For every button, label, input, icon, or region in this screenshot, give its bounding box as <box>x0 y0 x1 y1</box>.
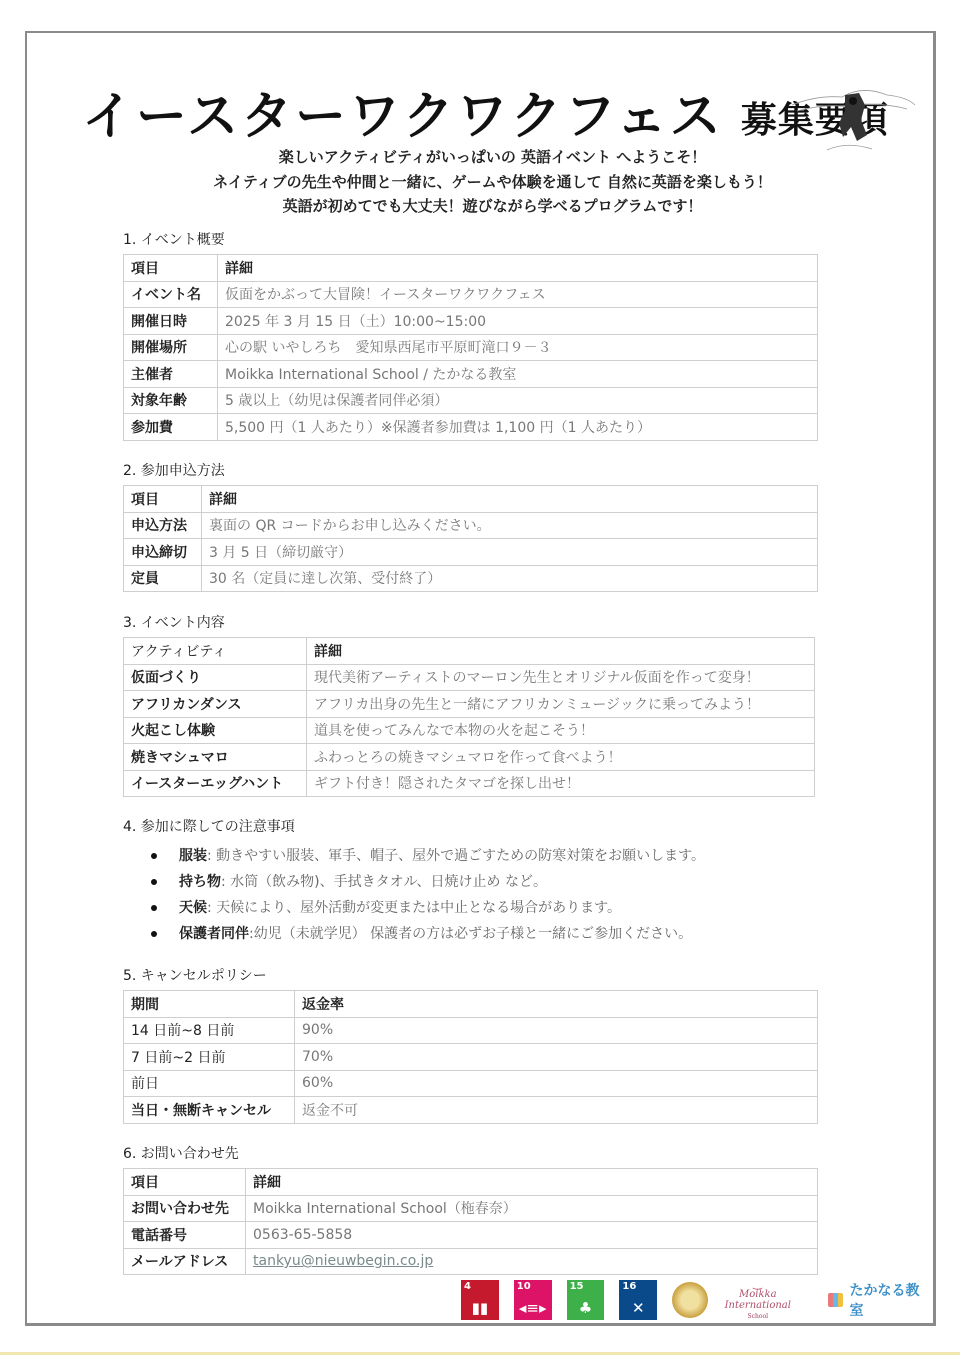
sdg-glyph: ▮▮ <box>461 1299 499 1317</box>
section-activities: 3. イベント内容 アクティビティ 詳細 仮面づくり現代美術アーティストのマーロ… <box>123 613 815 797</box>
row-value: 60% <box>295 1070 818 1097</box>
notes-list: 服装: 動きやすい服装、軍手、帽子、屋外で過ごすための防寒対策をお願いします。 … <box>123 843 705 947</box>
row-value: 仮面をかぶって大冒険！イースターワクワクフェス <box>218 281 818 308</box>
sdg-16-dove-icon: 16✕ <box>619 1280 657 1320</box>
intro-line: 楽しいアクティビティがいっぱいの 英語イベント へようこそ！ <box>27 145 938 170</box>
row-value: 2025 年 3 月 15 日（土）10:00~15:00 <box>218 308 818 335</box>
title-main: イースターワクワクフェス <box>82 87 724 147</box>
section-title: 5. キャンセルポリシー <box>123 966 818 986</box>
bullet-icon <box>151 905 157 911</box>
header-cell: 詳細 <box>307 638 815 665</box>
section-title: 2. 参加申込方法 <box>123 461 818 481</box>
row-value: アフリカ出身の先生と一緒にアフリカンミュージックに乗ってみよう！ <box>307 691 815 718</box>
row-key: イベント名 <box>124 281 218 308</box>
note-label: 天候 <box>179 895 207 921</box>
section-title: 1. イベント概要 <box>123 230 818 250</box>
cancel-policy-table: 期間 返金率 14 日前~8 日前90% 7 日前~2 日前70% 前日60% … <box>123 990 818 1124</box>
row-value: 返金不可 <box>295 1097 818 1124</box>
building-blocks-icon <box>828 1293 844 1307</box>
moikka-logo-school: School <box>718 1311 798 1322</box>
table-row: 主催者Moikka International School / たかなる教室 <box>124 361 818 388</box>
section-overview: 1. イベント概要 項目 詳細 イベント名仮面をかぶって大冒険！イースターワクワ… <box>123 230 818 441</box>
sdg-glyph: ✕ <box>619 1299 657 1317</box>
section-title: 3. イベント内容 <box>123 613 815 633</box>
table-row: アフリカンダンスアフリカ出身の先生と一緒にアフリカンミュージックに乗ってみよう！ <box>124 691 815 718</box>
table-header-row: 期間 返金率 <box>124 991 818 1018</box>
activities-table: アクティビティ 詳細 仮面づくり現代美術アーティストのマーロン先生とオリジナル仮… <box>123 637 815 797</box>
row-key: 対象年齢 <box>124 387 218 414</box>
table-row: 当日・無断キャンセル返金不可 <box>124 1097 818 1124</box>
gold-medal-emblem-icon <box>672 1282 708 1318</box>
row-key: 定員 <box>124 565 202 592</box>
table-row: 対象年齢5 歳以上（幼児は保護者同伴必須） <box>124 387 818 414</box>
list-item: 持ち物: 水筒（飲み物)、手拭きタオル、日焼け止め など。 <box>151 869 705 895</box>
section-application: 2. 参加申込方法 項目 詳細 申込方法裏面の QR コードからお申し込みくださ… <box>123 461 818 592</box>
header-cell: 項目 <box>124 486 202 513</box>
table-row: お問い合わせ先Moikka International School（柂春奈） <box>124 1195 818 1222</box>
sdg-number: 15 <box>570 1281 584 1292</box>
table-header-row: 項目 詳細 <box>124 255 818 282</box>
intro-text: 楽しいアクティビティがいっぱいの 英語イベント へようこそ！ ネイティブの先生や… <box>27 145 938 219</box>
sdg-glyph: ♣ <box>567 1299 605 1317</box>
bullet-icon <box>151 853 157 859</box>
document-page: イースターワクワクフェス 募集要項 楽しいアクティビティがいっぱいの 英語イベン… <box>25 31 936 1326</box>
header-cell: 項目 <box>124 1169 246 1196</box>
row-key: 申込方法 <box>124 512 202 539</box>
table-row: 焼きマシュマロふわっとろの焼きマシュマロを作って食べよう！ <box>124 744 815 771</box>
section-title: 6. お問い合わせ先 <box>123 1144 818 1164</box>
table-row: 開催場所心の駅 いやしろち 愛知県西尾市平原町滝口９－３ <box>124 334 818 361</box>
bullet-icon <box>151 931 157 937</box>
table-row: 前日60% <box>124 1070 818 1097</box>
sdg-number: 10 <box>517 1281 531 1292</box>
row-key: 参加費 <box>124 414 218 441</box>
row-key: 前日 <box>124 1070 295 1097</box>
row-key: 火起こし体験 <box>124 717 307 744</box>
table-row: メールアドレスtankyu@nieuwbegin.co.jp <box>124 1248 818 1275</box>
intro-line: 英語が初めてでも大丈夫！遊びながら学べるプログラムです！ <box>27 194 938 219</box>
row-key: 申込締切 <box>124 539 202 566</box>
takanaru-logo-text: たかなる教室 <box>849 1280 933 1320</box>
row-key: メールアドレス <box>124 1248 246 1275</box>
header-cell: アクティビティ <box>124 638 307 665</box>
list-item: 天候: 天候により、屋外活動が変更または中止となる場合があります。 <box>151 895 705 921</box>
table-row: 14 日前~8 日前90% <box>124 1017 818 1044</box>
footer-logos: 4▮▮ 10◂≡▸ 15♣ 16✕ ‿ Moikka International… <box>461 1279 933 1321</box>
moikka-logo-text: Moikka International <box>718 1289 798 1311</box>
row-value: 5 歳以上（幼児は保護者同伴必須） <box>218 387 818 414</box>
table-row: 7 日前~2 日前70% <box>124 1044 818 1071</box>
row-key: 7 日前~2 日前 <box>124 1044 295 1071</box>
list-item: 保護者同伴:幼児（未就学児） 保護者の方は必ずお子様と一緒にご参加ください。 <box>151 921 705 947</box>
row-value: ギフト付き！隠されたタマゴを探し出せ！ <box>307 770 815 797</box>
header-cell: 詳細 <box>218 255 818 282</box>
ink-sketch-illustration-icon <box>787 75 917 155</box>
row-value: 現代美術アーティストのマーロン先生とオリジナル仮面を作って変身！ <box>307 664 815 691</box>
row-value: ふわっとろの焼きマシュマロを作って食べよう！ <box>307 744 815 771</box>
smile-icon: ‿ <box>718 1278 798 1289</box>
row-key: 開催場所 <box>124 334 218 361</box>
sdg-number: 4 <box>464 1281 471 1292</box>
section-title: 4. 参加に際しての注意事項 <box>123 817 705 837</box>
row-value: 道具を使ってみんなで本物の火を起こそう！ <box>307 717 815 744</box>
header-cell: 項目 <box>124 255 218 282</box>
row-value: 90% <box>295 1017 818 1044</box>
row-key: 電話番号 <box>124 1222 246 1249</box>
header-cell: 返金率 <box>295 991 818 1018</box>
table-row: イベント名仮面をかぶって大冒険！イースターワクワクフェス <box>124 281 818 308</box>
row-key: 14 日前~8 日前 <box>124 1017 295 1044</box>
email-link[interactable]: tankyu@nieuwbegin.co.jp <box>253 1253 433 1269</box>
row-value: 心の駅 いやしろち 愛知県西尾市平原町滝口９－３ <box>218 334 818 361</box>
row-value: Moikka International School（柂春奈） <box>246 1195 818 1222</box>
table-row: 申込締切3 月 5 日（締切厳守） <box>124 539 818 566</box>
table-row: 開催日時2025 年 3 月 15 日（土）10:00~15:00 <box>124 308 818 335</box>
row-value: 70% <box>295 1044 818 1071</box>
note-text: : 動きやすい服装、軍手、帽子、屋外で過ごすための防寒対策をお願いします。 <box>207 843 705 869</box>
table-row: 火起こし体験道具を使ってみんなで本物の火を起こそう！ <box>124 717 815 744</box>
sdg-number: 16 <box>622 1281 636 1292</box>
phone-number: 0563-65-5858 <box>246 1222 818 1249</box>
section-cancel-policy: 5. キャンセルポリシー 期間 返金率 14 日前~8 日前90% 7 日前~2… <box>123 966 818 1124</box>
table-row: 参加費5,500 円（1 人あたり）※保護者参加費は 1,100 円（1 人あた… <box>124 414 818 441</box>
sdg-glyph: ◂≡▸ <box>514 1299 552 1317</box>
table-header-row: 項目 詳細 <box>124 486 818 513</box>
row-key: 当日・無断キャンセル <box>124 1097 295 1124</box>
sdg-4-book-icon: 4▮▮ <box>461 1280 499 1320</box>
row-value: Moikka International School / たかなる教室 <box>218 361 818 388</box>
note-label: 保護者同伴 <box>179 921 249 947</box>
note-text: :幼児（未就学児） 保護者の方は必ずお子様と一緒にご参加ください。 <box>249 921 692 947</box>
bottom-edge-line <box>0 1352 960 1355</box>
row-key: 開催日時 <box>124 308 218 335</box>
row-value: 5,500 円（1 人あたり）※保護者参加費は 1,100 円（1 人あたり） <box>218 414 818 441</box>
contact-table: 項目 詳細 お問い合わせ先Moikka International School… <box>123 1168 818 1275</box>
table-header-row: アクティビティ 詳細 <box>124 638 815 665</box>
moikka-logo: ‿ Moikka International School <box>718 1278 798 1322</box>
note-label: 持ち物 <box>179 869 221 895</box>
note-label: 服装 <box>179 843 207 869</box>
table-header-row: 項目 詳細 <box>124 1169 818 1196</box>
row-key: 焼きマシュマロ <box>124 744 307 771</box>
row-key: 主催者 <box>124 361 218 388</box>
header-cell: 期間 <box>124 991 295 1018</box>
page-title: イースターワクワクフェス 募集要項 <box>82 77 889 147</box>
table-row: 定員30 名（定員に達し次第、受付終了） <box>124 565 818 592</box>
row-key: 仮面づくり <box>124 664 307 691</box>
overview-table: 項目 詳細 イベント名仮面をかぶって大冒険！イースターワクワクフェス 開催日時2… <box>123 254 818 441</box>
application-table: 項目 詳細 申込方法裏面の QR コードからお申し込みください。 申込締切3 月… <box>123 485 818 592</box>
table-row: イースターエッグハントギフト付き！隠されたタマゴを探し出せ！ <box>124 770 815 797</box>
intro-line: ネイティブの先生や仲間と一緒に、ゲームや体験を通して 自然に英語を楽しもう！ <box>27 170 938 195</box>
sdg-15-tree-icon: 15♣ <box>567 1280 605 1320</box>
takanaru-logo: たかなる教室 <box>828 1280 933 1320</box>
list-item: 服装: 動きやすい服装、軍手、帽子、屋外で過ごすための防寒対策をお願いします。 <box>151 843 705 869</box>
header-cell: 詳細 <box>246 1169 818 1196</box>
row-value: 30 名（定員に達し次第、受付終了） <box>202 565 818 592</box>
row-value: 裏面の QR コードからお申し込みください。 <box>202 512 818 539</box>
section-notes: 4. 参加に際しての注意事項 服装: 動きやすい服装、軍手、帽子、屋外で過ごすた… <box>123 817 705 947</box>
table-row: 電話番号0563-65-5858 <box>124 1222 818 1249</box>
table-row: 仮面づくり現代美術アーティストのマーロン先生とオリジナル仮面を作って変身！ <box>124 664 815 691</box>
row-key: アフリカンダンス <box>124 691 307 718</box>
sdg-10-equality-arrows-icon: 10◂≡▸ <box>514 1280 552 1320</box>
note-text: : 天候により、屋外活動が変更または中止となる場合があります。 <box>207 895 621 921</box>
note-text: : 水筒（飲み物)、手拭きタオル、日焼け止め など。 <box>221 869 547 895</box>
row-key: イースターエッグハント <box>124 770 307 797</box>
bullet-icon <box>151 879 157 885</box>
section-contact: 6. お問い合わせ先 項目 詳細 お問い合わせ先Moikka Internati… <box>123 1144 818 1275</box>
table-row: 申込方法裏面の QR コードからお申し込みください。 <box>124 512 818 539</box>
header-cell: 詳細 <box>202 486 818 513</box>
row-key: お問い合わせ先 <box>124 1195 246 1222</box>
row-value: 3 月 5 日（締切厳守） <box>202 539 818 566</box>
